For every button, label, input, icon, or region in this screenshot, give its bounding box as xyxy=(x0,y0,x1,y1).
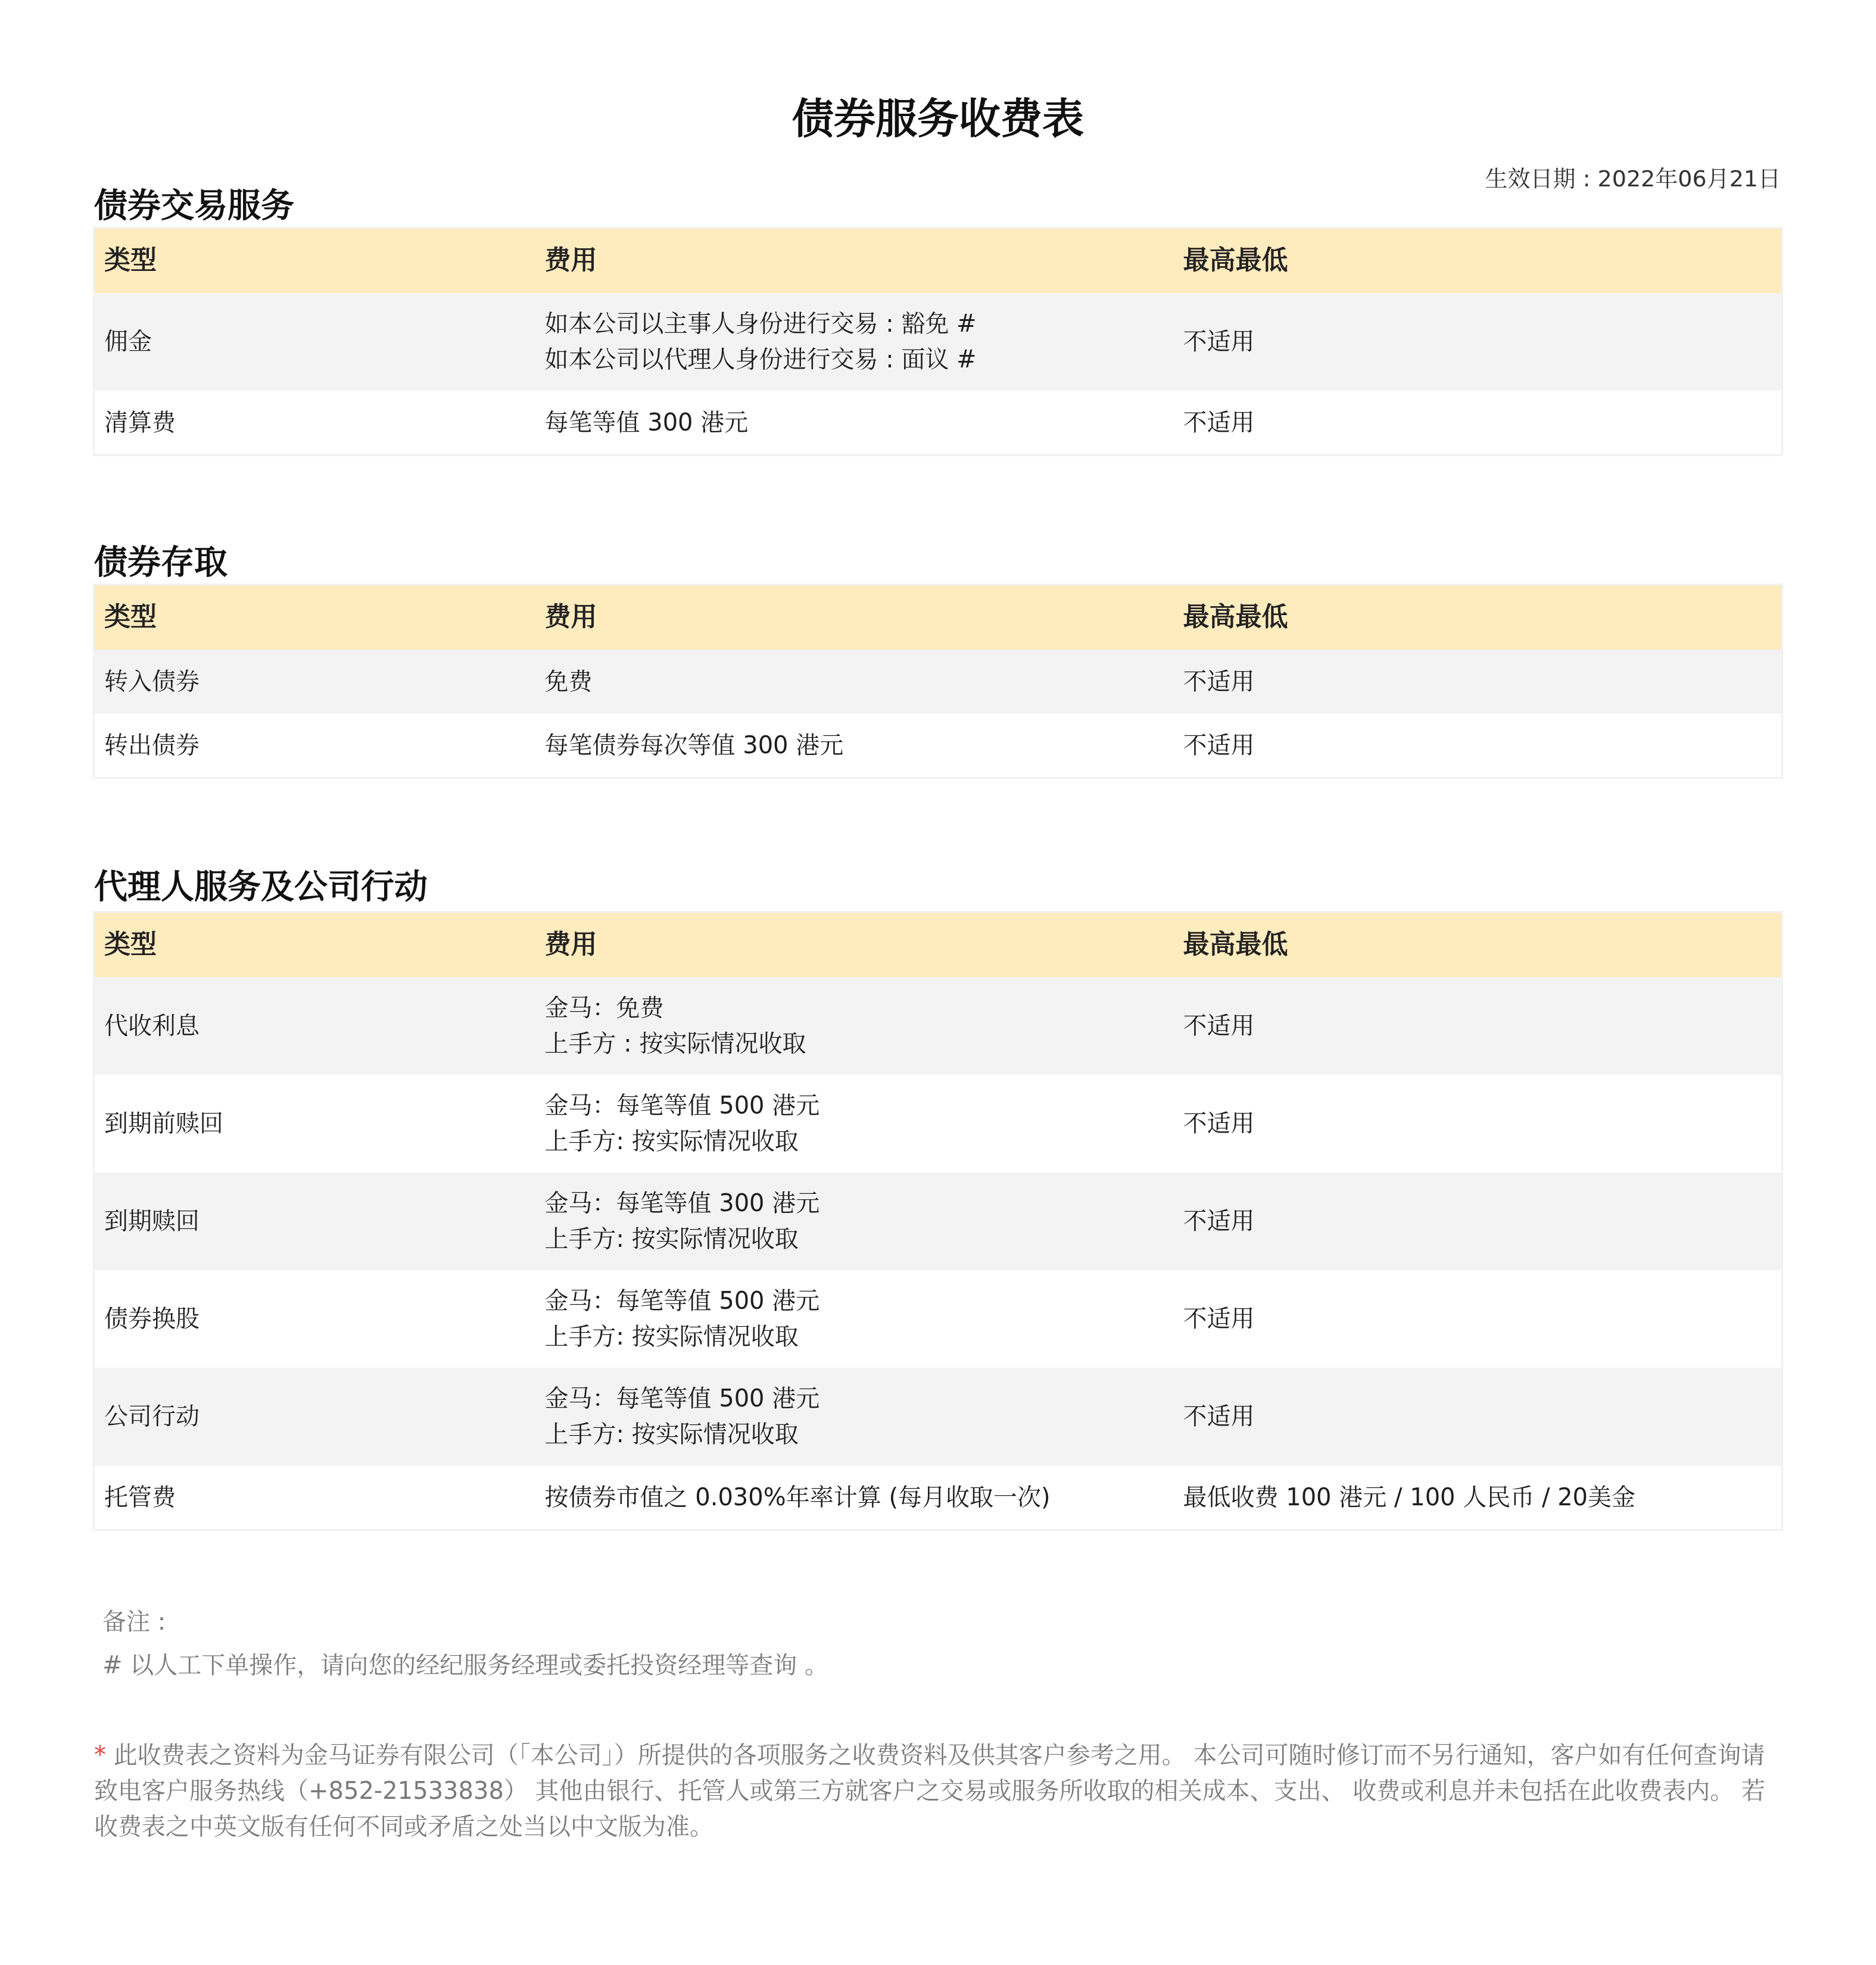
cell-min-max: 不适用 xyxy=(1174,1368,1782,1465)
table-row: 转入债券 免费 不适用 xyxy=(94,650,1782,713)
cell-type: 转入债券 xyxy=(94,650,535,713)
fee-line: 金马：每笔等值 300 港元 xyxy=(545,1186,1164,1221)
table-row: 到期前赎回 金马：每笔等值 500 港元 上手方: 按实际情况收取 不适用 xyxy=(94,1075,1782,1172)
cell-type: 托管费 xyxy=(94,1465,535,1530)
table-row: 代收利息 金马：免费 上手方 : 按实际情况收取 不适用 xyxy=(94,977,1782,1075)
fee-line: 金马：每笔等值 500 港元 xyxy=(545,1381,1164,1417)
cell-fee: 金马：每笔等值 500 港元 上手方: 按实际情况收取 xyxy=(535,1368,1174,1465)
column-header-min-max: 最高最低 xyxy=(1174,585,1782,650)
table-header-row: 类型 费用 最高最低 xyxy=(94,912,1782,978)
fee-line: 如本公司以主事人身份进行交易 : 豁免 # xyxy=(545,306,1164,342)
cell-fee: 每笔等值 300 港元 xyxy=(535,391,1174,456)
cell-min-max: 不适用 xyxy=(1174,1172,1782,1270)
note-item: # 以人工下单操作，请向您的经纪服务经理或委托投资经理等查询 。 xyxy=(102,1648,828,1683)
cell-type: 到期赎回 xyxy=(94,1172,535,1270)
cell-fee: 免费 xyxy=(535,650,1174,713)
bond-trading-table: 类型 费用 最高最低 佣金 如本公司以主事人身份进行交易 : 豁免 # 如本公司… xyxy=(93,227,1783,456)
cell-type: 佣金 xyxy=(94,293,535,391)
disclaimer-text: 此收费表之资料为金马证券有限公司（「本公司」）所提供的各项服务之收费资料及供其客… xyxy=(94,1742,1765,1841)
table-row: 清算费 每笔等值 300 港元 不适用 xyxy=(94,391,1782,456)
table-header-row: 类型 费用 最高最低 xyxy=(94,228,1782,294)
table-row: 公司行动 金马：每笔等值 500 港元 上手方: 按实际情况收取 不适用 xyxy=(94,1368,1782,1465)
table-row: 债券换股 金马：每笔等值 500 港元 上手方: 按实际情况收取 不适用 xyxy=(94,1270,1782,1368)
agent-services-table: 类型 费用 最高最低 代收利息 金马：免费 上手方 : 按实际情况收取 不适用 … xyxy=(93,911,1783,1531)
column-header-min-max: 最高最低 xyxy=(1174,912,1782,978)
cell-fee: 每笔债券每次等值 300 港元 xyxy=(535,713,1174,778)
fee-line: 上手方: 按实际情况收取 xyxy=(545,1417,1164,1452)
cell-fee: 金马：每笔等值 500 港元 上手方: 按实际情况收取 xyxy=(535,1270,1174,1368)
section-title-bond-deposit-withdrawal: 债券存取 xyxy=(94,542,228,584)
cell-fee: 金马：每笔等值 300 港元 上手方: 按实际情况收取 xyxy=(535,1172,1174,1270)
table-row: 佣金 如本公司以主事人身份进行交易 : 豁免 # 如本公司以代理人身份进行交易 … xyxy=(94,293,1782,391)
asterisk-marker: * xyxy=(94,1742,106,1769)
section-title-agent-services: 代理人服务及公司行动 xyxy=(94,866,428,908)
fee-line: 上手方: 按实际情况收取 xyxy=(545,1221,1164,1257)
fee-line: 上手方 : 按实际情况收取 xyxy=(545,1026,1164,1062)
table-row: 到期赎回 金马：每笔等值 300 港元 上手方: 按实际情况收取 不适用 xyxy=(94,1172,1782,1270)
cell-min-max: 不适用 xyxy=(1174,713,1782,778)
fee-line: 金马：每笔等值 500 港元 xyxy=(545,1283,1164,1319)
table-row: 托管费 按债券市值之 0.030%年率计算 (每月收取一次) 最低收费 100 … xyxy=(94,1465,1782,1530)
notes-label: 备注 : xyxy=(102,1604,166,1640)
cell-type: 转出债券 xyxy=(94,713,535,778)
fee-line: 金马：免费 xyxy=(545,990,1164,1026)
cell-fee: 金马：免费 上手方 : 按实际情况收取 xyxy=(535,977,1174,1075)
fee-line: 上手方: 按实际情况收取 xyxy=(545,1124,1164,1159)
column-header-fee: 费用 xyxy=(535,228,1174,294)
cell-min-max: 不适用 xyxy=(1174,1270,1782,1368)
fee-line: 金马：每笔等值 500 港元 xyxy=(545,1088,1164,1124)
cell-type: 清算费 xyxy=(94,391,535,456)
cell-type: 债券换股 xyxy=(94,1270,535,1368)
cell-fee: 金马：每笔等值 500 港元 上手方: 按实际情况收取 xyxy=(535,1075,1174,1172)
fee-line: 如本公司以代理人身份进行交易 : 面议 # xyxy=(545,342,1164,378)
effective-date: 生效日期 : 2022年06月21日 xyxy=(1485,164,1781,194)
table-header-row: 类型 费用 最高最低 xyxy=(94,585,1782,650)
column-header-fee: 费用 xyxy=(535,912,1174,978)
column-header-type: 类型 xyxy=(94,912,535,978)
column-header-fee: 费用 xyxy=(535,585,1174,650)
cell-type: 到期前赎回 xyxy=(94,1075,535,1172)
cell-min-max: 不适用 xyxy=(1174,1075,1782,1172)
page-title: 债券服务收费表 xyxy=(0,92,1876,146)
cell-fee: 按债券市值之 0.030%年率计算 (每月收取一次) xyxy=(535,1465,1174,1530)
cell-min-max: 不适用 xyxy=(1174,293,1782,391)
cell-type: 公司行动 xyxy=(94,1368,535,1465)
cell-min-max: 不适用 xyxy=(1174,391,1782,456)
cell-fee: 如本公司以主事人身份进行交易 : 豁免 # 如本公司以代理人身份进行交易 : 面… xyxy=(535,293,1174,391)
column-header-type: 类型 xyxy=(94,585,535,650)
table-row: 转出债券 每笔债券每次等值 300 港元 不适用 xyxy=(94,713,1782,778)
section-title-bond-trading: 债券交易服务 xyxy=(94,185,294,227)
bond-deposit-withdrawal-table: 类型 费用 最高最低 转入债券 免费 不适用 转出债券 每笔债券每次等值 300… xyxy=(93,584,1783,779)
cell-min-max: 不适用 xyxy=(1174,977,1782,1075)
disclaimer: * 此收费表之资料为金马证券有限公司（「本公司」）所提供的各项服务之收费资料及供… xyxy=(94,1738,1783,1845)
cell-min-max: 不适用 xyxy=(1174,650,1782,713)
column-header-min-max: 最高最低 xyxy=(1174,228,1782,294)
column-header-type: 类型 xyxy=(94,228,535,294)
cell-type: 代收利息 xyxy=(94,977,535,1075)
cell-min-max: 最低收费 100 港元 / 100 人民币 / 20美金 xyxy=(1174,1465,1782,1530)
fee-line: 上手方: 按实际情况收取 xyxy=(545,1319,1164,1355)
